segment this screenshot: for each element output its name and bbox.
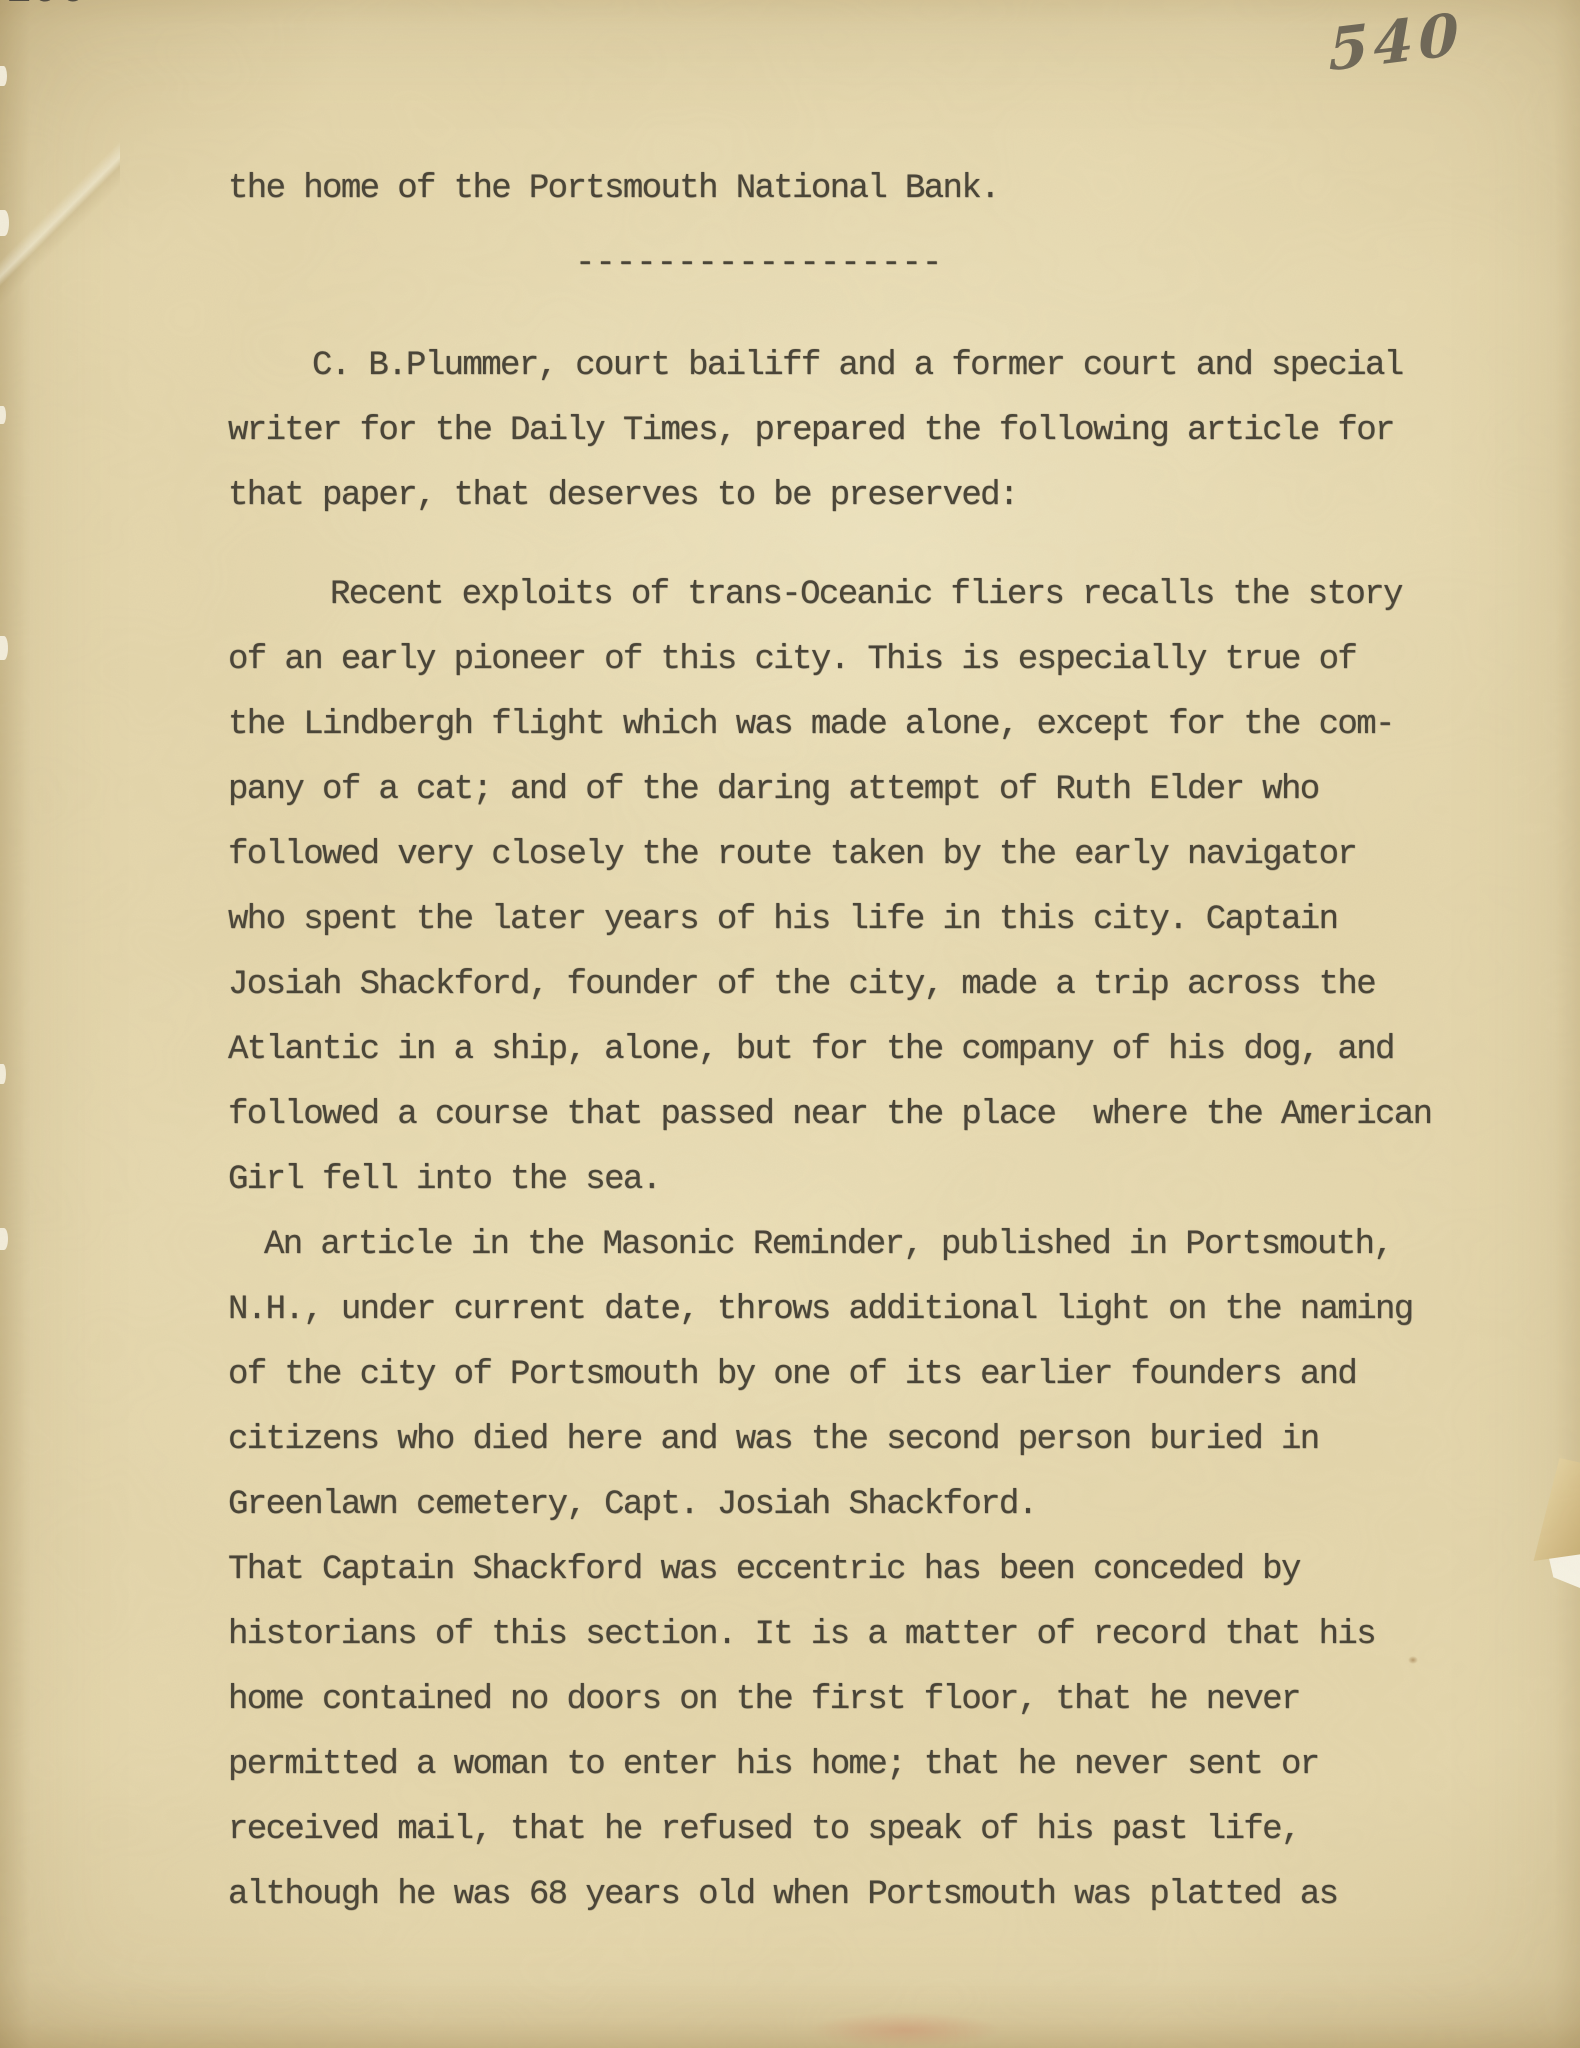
typed-line: the home of the Portsmouth National Bank… [228,170,1580,235]
paper-tear [0,636,8,660]
typed-line: citizens who died here and was the secon… [228,1421,1580,1486]
paper-crease [0,120,120,320]
typed-line: Josiah Shackford, founder of the city, m… [228,966,1580,1031]
paper-tear [0,210,9,236]
typed-sheet-number: 190 [6,0,88,14]
paper-fleck [1408,1656,1418,1664]
typed-line: that paper, that deserves to be preserve… [228,477,1580,542]
typed-line: permitted a woman to enter his home; tha… [228,1746,1580,1811]
typed-line: pany of a cat; and of the daring attempt… [228,771,1580,836]
typewritten-text-block: the home of the Portsmouth National Bank… [228,170,1580,1941]
typed-line: although he was 68 years old when Portsm… [228,1876,1580,1941]
paper-tear [0,1064,6,1084]
typed-line: of the city of Portsmouth by one of its … [228,1356,1580,1421]
typed-line: the Lindbergh flight which was made alon… [228,706,1580,771]
typed-line: Recent exploits of trans-Oceanic fliers … [228,576,1580,641]
paper-tear [0,406,6,424]
paper-stain [810,2012,1000,2048]
typed-line: who spent the later years of his life in… [228,901,1580,966]
paper-tear [0,1228,8,1250]
typed-line: home contained no doors on the first flo… [228,1681,1580,1746]
typed-line: followed very closely the route taken by… [228,836,1580,901]
typed-line: writer for the Daily Times, prepared the… [228,412,1580,477]
handwritten-page-number: 540 [1328,0,1464,84]
dashed-separator: ------------------ [228,245,1580,310]
typed-line: Atlantic in a ship, alone, but for the c… [228,1031,1580,1096]
scanned-document-page: 190 540 the home of the Portsmouth Natio… [0,0,1580,2048]
typed-line: Girl fell into the sea. [228,1161,1580,1226]
paper-tear [0,66,7,86]
typed-line: An article in the Masonic Reminder, publ… [228,1226,1580,1291]
typed-line: N.H., under current date, throws additio… [228,1291,1580,1356]
typed-line: Greenlawn cemetery, Capt. Josiah Shackfo… [228,1486,1580,1551]
typed-line: received mail, that he refused to speak … [228,1811,1580,1876]
typed-line: historians of this section. It is a matt… [228,1616,1580,1681]
typed-line: That Captain Shackford was eccentric has… [228,1551,1580,1616]
typed-line: followed a course that passed near the p… [228,1096,1580,1161]
typed-line: of an early pioneer of this city. This i… [228,641,1580,706]
typed-line: C. B.Plummer, court bailiff and a former… [228,347,1580,412]
